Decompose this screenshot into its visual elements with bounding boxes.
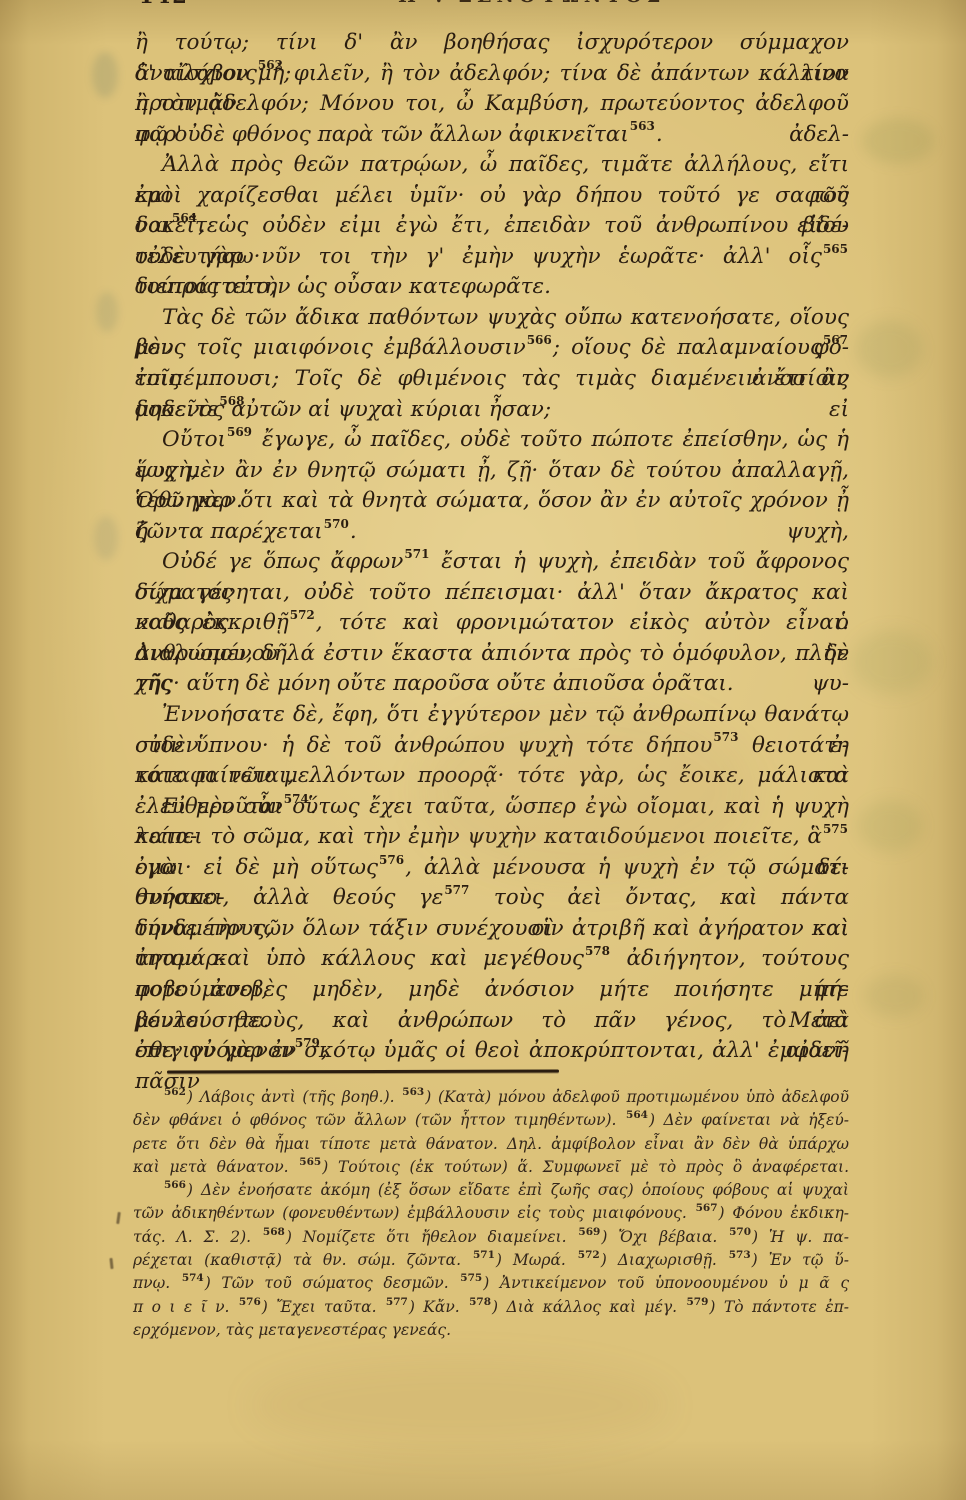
paragraph: Ἐννοήσατε δὲ, ἔφη, ὅτι ἐγγύτερον μὲν τῷ … — [135, 700, 849, 792]
paper-stain — [96, 292, 118, 332]
text-line: Ἐννοήσατε δὲ, ἔφη, ὅτι ἐγγύτερον μὲν τῷ … — [135, 700, 849, 731]
text-line: π ο ι ε ῖ ν. 576) Ἔχει ταῦτα. 577) Κἄν. … — [133, 1296, 849, 1319]
footnote-ref: 574 — [283, 792, 310, 806]
text-line: Ὁρῶ γὰρ ὅτι καὶ τὰ θνητὰ σώματα, ὅσον ἂν… — [135, 486, 849, 517]
page-number: 142 — [139, 0, 189, 8]
footnote-ref: 573 — [712, 730, 739, 744]
footnote-ref: 567 — [822, 333, 849, 347]
text-line: τῶν ἀδικηθέντων (φονευθέντων) ἐμβάλλουσι… — [133, 1202, 849, 1225]
text-line: ἕως μὲν ἂν ἐν θνητῷ σώματι ᾖ, ζῇ· ὅταν δ… — [135, 456, 849, 487]
footnote-ref: 565 — [822, 242, 849, 256]
paper-stain — [862, 118, 934, 164]
main-text-block: ἢ τούτῳ; τίνι δ' ἂν βοηθήσας ἰσχυρότερον… — [135, 28, 849, 1067]
text-line: ρετε ὅτι δὲν θὰ ἦμαι τίποτε μετὰ θάνατον… — [133, 1133, 849, 1156]
text-line: θνήσκει, ἀλλὰ θεούς γε577 τοὺς ἀεὶ ὄντας… — [135, 883, 849, 914]
paragraph: ἢ τούτῳ; τίνι δ' ἂν βοηθήσας ἰσχυρότερον… — [135, 28, 849, 150]
text-line: πνῳ. 574) Τῶν τοῦ σώματος δεσμῶν. 575) Ἀ… — [133, 1272, 849, 1295]
footnote-ref: 570 — [728, 1226, 752, 1238]
text-line: λείπει τὸ σῶμα, καὶ τὴν ἐμὴν ψυχὴν καται… — [135, 822, 849, 853]
paragraph: Οὔτοι569 ἔγωγε, ὦ παῖδες, οὐδὲ τοῦτο πώπ… — [135, 425, 849, 547]
text-line: ἢ τὸν ἀδελφόν; Μόνου τοι, ὦ Καμβύση, πρω… — [135, 89, 849, 120]
footnote-ref: 562 — [257, 58, 284, 72]
text-line: Εἰ μὲν οὖν οὕτως ἔχει ταῦτα, ὥσπερ ἐγὼ ο… — [135, 792, 849, 823]
footnote-ref: 572 — [577, 1249, 601, 1261]
text-line: ἢ τούτῳ; τίνι δ' ἂν βοηθήσας ἰσχυρότερον… — [135, 28, 849, 59]
footnote-ref: 578 — [584, 944, 611, 958]
text-line: τούτοις αὐτὴν ὡς οὖσαν κατεφωρᾶτε. — [135, 272, 849, 303]
text-line: 566) Δὲν ἐνοήσατε ἀκόμη (ἐξ ὅσων εἴδατε … — [133, 1179, 849, 1202]
footnote-ref: 575 — [459, 1272, 483, 1284]
footnote-ref: 579 — [294, 1036, 321, 1050]
text-line: δίχα γένηται, οὐδὲ τοῦτο πέπεισμαι· ἀλλ'… — [135, 578, 849, 609]
text-line: Οὔτοι569 ἔγωγε, ὦ παῖδες, οὐδὲ τοῦτο πώπ… — [135, 425, 849, 456]
paper-stain — [92, 52, 118, 98]
footnote-ref: 575 — [822, 822, 849, 836]
paper-stain — [852, 630, 932, 694]
footnote-ref: 577 — [385, 1296, 409, 1308]
text-line: ἐπιπέμπουσι; Τοῖς δὲ φθιμένοις τὰς τιμὰς… — [135, 364, 849, 395]
paper-stain — [94, 516, 118, 560]
paragraph: Εἰ μὲν οὖν οὕτως ἔχει ταῦτα, ὥσπερ ἐγὼ ο… — [135, 792, 849, 1067]
footnote-ref: 566 — [526, 333, 553, 347]
paragraph: Οὐδέ γε ὅπως ἄφρων571 ἔσται ἡ ψυχὴ, ἐπει… — [135, 547, 849, 700]
text-line: στιν ὕπνου· ἡ δὲ τοῦ ἀνθρώπου ψυχὴ τότε … — [135, 731, 849, 762]
footnotes-block: 562) Λάβοις ἀντὶ (τῆς βοηθ.). 563) (Κατὰ… — [133, 1086, 849, 1342]
footnote-ref: 577 — [443, 883, 470, 897]
text-line: καὶ μετὰ θάνατον. 565) Τούτοις (ἐκ τούτω… — [133, 1156, 849, 1179]
text-line: Ἀλλὰ πρὸς θεῶν πατρῴων, ὦ παῖδες, τιμᾶτε… — [135, 150, 849, 181]
text-line: τήνδε τὴν τῶν ὅλων τάξιν συνέχουσιν ἀτρι… — [135, 914, 849, 945]
footnote-ref: 563 — [401, 1086, 425, 1098]
text-line: νοῦς ἐκκριθῇ572, τότε καὶ φρονιμώτατον ε… — [135, 608, 849, 639]
text-line: ερχόμενον, τὰς μεταγενεστέρας γενεάς. — [133, 1319, 849, 1342]
text-line: τότε τι τῶν μελλόντων προορᾷ· τότε γὰρ, … — [135, 761, 849, 792]
text-line: τάς. Λ. Σ. 2). 568) Νομίζετε ὅτι ἤθελον … — [133, 1226, 849, 1249]
footnote-ref: 568 — [262, 1226, 286, 1238]
footnote-ref: 569 — [577, 1226, 601, 1238]
text-line: ομαι· εἰ δὲ μὴ οὕτως576, ἀλλὰ μένουσα ἡ … — [135, 853, 849, 884]
footnote-ref: 574 — [181, 1272, 205, 1284]
text-line: Οὐδέ γε ὅπως ἄφρων571 ἔσται ἡ ψυχὴ, ἐπει… — [135, 547, 849, 578]
text-line: ἀνθρώπου, δῆλά ἐστιν ἕκαστα ἀπιόντα πρὸς… — [135, 639, 849, 670]
text-line: ποτε ἀσεβὲς μηδὲν, μηδὲ ἀνόσιον μήτε ποι… — [135, 975, 849, 1006]
paragraph: Τὰς δὲ τῶν ἄδικα παθόντων ψυχὰς οὔπω κατ… — [135, 303, 849, 425]
text-line: βους τοῖς μιαιφόνοις ἐμβάλλουσιν566; οἵο… — [135, 333, 849, 364]
text-line: μέντοι θεοὺς, καὶ ἀνθρώπων τὸ πᾶν γένος,… — [135, 1006, 849, 1037]
footnote-ref: 578 — [468, 1296, 492, 1308]
scanned-book-page: 142 Η΄. ΞΕΝΟΦΩΝΤΟΣ ἢ τούτῳ; τίνι δ' ἂν β… — [0, 0, 966, 1500]
running-title: Η΄. ΞΕΝΟΦΩΝΤΟΣ — [398, 0, 665, 7]
footnote-ref: 565 — [298, 1156, 322, 1168]
paper-stain — [856, 320, 922, 378]
ink-mark — [109, 1258, 113, 1269]
paper-stain — [250, 1360, 670, 1450]
footnote-ref: 571 — [472, 1249, 496, 1261]
paper-stain — [864, 975, 924, 1017]
footnote-ref: 567 — [695, 1202, 719, 1214]
footnote-ref: 562 — [163, 1086, 187, 1098]
footnote-ref: 579 — [686, 1296, 710, 1308]
footnote-ref: 570 — [323, 517, 350, 531]
footnote-ref: 564 — [171, 211, 198, 225]
footnote-separator — [167, 1069, 559, 1073]
footnote-ref: 568 — [218, 394, 245, 408]
text-line: δ' αἴσχιον μὴ φιλεῖν, ἢ τὸν ἀδελφόν; τίν… — [135, 59, 849, 90]
footnote-ref: 564 — [625, 1109, 649, 1121]
footnote-ref: 573 — [728, 1249, 752, 1261]
footnote-ref: 563 — [629, 119, 656, 133]
footnote-ref: 569 — [226, 425, 253, 439]
footnote-ref: 571 — [403, 547, 430, 561]
footnote-ref: 576 — [238, 1296, 262, 1308]
text-line: ἐμοὶ χαρίζεσθαι μέλει ὑμῖν· οὐ γὰρ δήπου… — [135, 181, 849, 212]
paragraph: Ἀλλὰ πρὸς θεῶν πατρῴων, ὦ παῖδες, τιμᾶτε… — [135, 150, 849, 303]
text-line: οὐδὲ γὰρ νῦν τοι τὴν γ' ἐμὴν ψυχὴν ἑωρᾶτ… — [135, 242, 849, 273]
text-line: σθε· οὐ γὰρ ἐν σκότῳ ὑμᾶς οἱ θεοὶ ἀποκρύ… — [135, 1036, 849, 1067]
text-line: τητον καὶ ὑπὸ κάλλους καὶ μεγέθους578 ἀδ… — [135, 944, 849, 975]
ink-mark — [116, 1212, 121, 1224]
text-line: ναι564, ὡς οὐδὲν εἰμι ἐγὼ ἔτι, ἐπειδὰν τ… — [135, 211, 849, 242]
paper-stain — [858, 800, 922, 852]
text-line: δὲν φθάνει ὁ φθόνος τῶν ἄλλων (τῶν ἧττον… — [133, 1109, 849, 1132]
text-line: ρέχεται (καθιστᾷ) τὰ θν. σώμ. ζῶντα. 571… — [133, 1249, 849, 1272]
footnote-ref: 576 — [378, 853, 405, 867]
text-line: 562) Λάβοις ἀντὶ (τῆς βοηθ.). 563) (Κατὰ… — [133, 1086, 849, 1109]
footnote-ref: 566 — [163, 1179, 187, 1191]
text-line: Τὰς δὲ τῶν ἄδικα παθόντων ψυχὰς οὔπω κατ… — [135, 303, 849, 334]
footnote-ref: 572 — [289, 608, 316, 622]
